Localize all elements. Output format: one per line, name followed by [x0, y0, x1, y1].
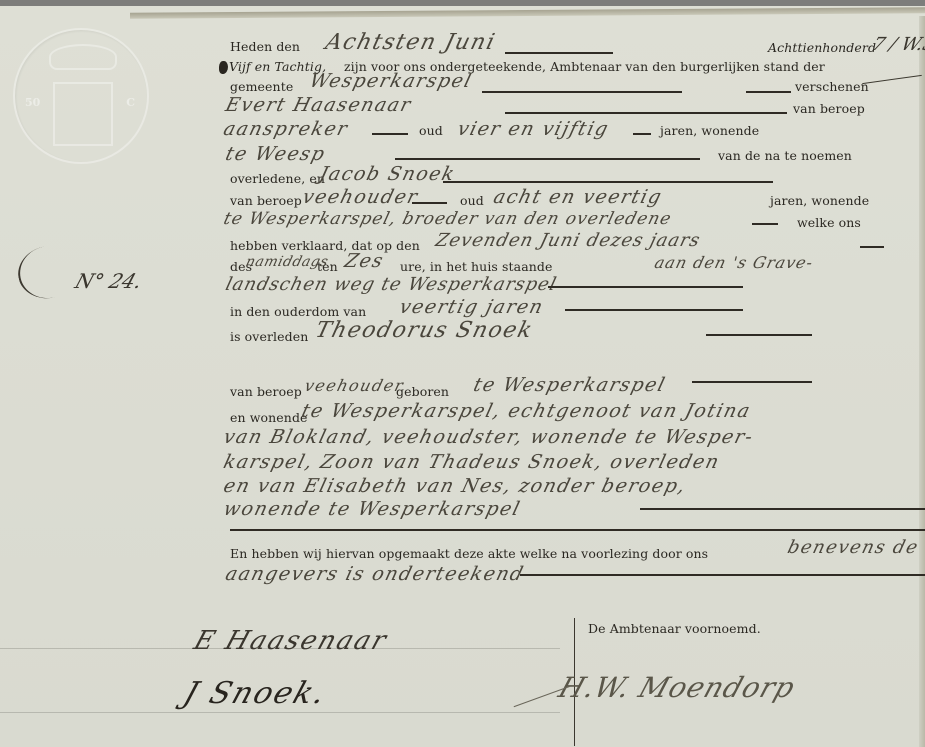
death-registration-date: Achtsten Juni	[323, 30, 498, 55]
fill-rule	[505, 112, 787, 114]
printed-verschenen: verschenen	[795, 79, 869, 94]
fill-rule	[520, 574, 925, 576]
faint-rule	[0, 712, 560, 713]
printed-gemeente: gemeente	[230, 79, 293, 94]
age-of-deceased: veertig jaren	[397, 296, 546, 318]
mother-details: en van Elisabeth van Nes, zonder beroep,	[221, 475, 688, 497]
printed-closing-formula: En hebben wij hiervan opgemaakt deze akt…	[230, 546, 708, 561]
act-number-bracket	[13, 240, 84, 304]
fill-rule	[443, 181, 773, 183]
printed-ten: ten	[317, 259, 338, 274]
date-of-death: Zevenden Juni dezes jaars	[433, 230, 702, 251]
closing-handwritten-2: aangevers is onderteekend	[223, 563, 526, 585]
deceased-residence-spouse: te Wesperkarspel, echtgenoot van Jotina	[299, 400, 753, 422]
printed-oud: oud	[419, 123, 443, 138]
fill-rule	[395, 158, 700, 160]
closing-handwritten-1: benevens de	[785, 537, 921, 558]
deceased-name: Theodorus Snoek	[313, 318, 536, 343]
printed-ouderdom: in den ouderdom van	[230, 304, 366, 319]
fill-rule	[640, 508, 925, 510]
declarant-1-age: vier en vijftig	[455, 118, 611, 140]
page-right-edge	[919, 16, 925, 747]
fill-rule	[548, 286, 743, 288]
printed-verklaard: hebben verklaard, dat op den	[230, 238, 420, 253]
declarant-1-signature: E Haasenaar	[190, 626, 392, 656]
hour-of-death: Zes	[342, 250, 386, 272]
deceased-occupation: veehouder	[303, 376, 407, 395]
fill-rule	[860, 246, 884, 248]
father-details: karspel, Zoon van Thadeus Snoek, overled…	[221, 451, 722, 473]
deceased-birthplace: te Wesperkarspel	[471, 374, 668, 396]
declarant-2-occupation: veehouder	[300, 186, 421, 208]
printed-year-part1: Achttienhonderd	[768, 40, 876, 55]
municipality: Wesperkarspel	[307, 70, 475, 92]
official-signature: H.W. Moendorp	[555, 671, 800, 704]
official-label: De Ambtenaar voornoemd.	[588, 621, 761, 636]
fill-rule	[706, 334, 812, 336]
declarant-1-occupation: aanspreker	[221, 118, 350, 140]
corner-annotation: 7 / W.S	[870, 34, 925, 55]
fill-rule	[692, 381, 812, 383]
declarant-2-signature: J Snoek.	[179, 676, 331, 711]
document-page: 50 C 7 / W.S N° 24. Heden den Achtsten J…	[0, 6, 925, 747]
page-top-edge	[130, 7, 925, 19]
declarant-1-residence: te Weesp	[223, 143, 328, 165]
printed-van-beroep: van beroep	[230, 193, 302, 208]
place-of-death-part2: landschen weg te Wesperkarspel	[223, 274, 559, 295]
fill-rule	[372, 133, 408, 135]
embossed-seal-icon: 50 C	[13, 28, 149, 164]
fill-rule	[505, 52, 613, 54]
fill-rule	[746, 91, 791, 93]
corner-annotation-underline	[862, 75, 922, 84]
crown-icon	[49, 44, 117, 70]
fill-rule	[412, 202, 447, 204]
printed-jaren-wonende: jaren, wonende	[660, 123, 759, 138]
ink-blot	[219, 61, 228, 74]
printed-oud: oud	[460, 193, 484, 208]
section-divider	[230, 529, 925, 531]
printed-van-beroep: van beroep	[230, 384, 302, 399]
shield-icon	[53, 82, 113, 146]
mother-residence: wonende te Wesperkarspel	[221, 498, 523, 520]
printed-van-beroep: van beroep	[793, 101, 865, 116]
declarant-2-name: Jacob Snoek	[317, 163, 458, 185]
fill-rule	[482, 91, 682, 93]
fill-rule	[752, 223, 778, 225]
declarant-1-name: Evert Haasenaar	[223, 94, 414, 116]
place-of-death-part1: aan den 's Grave-	[653, 253, 816, 272]
spouse-details: van Blokland, veehoudster, wonende te We…	[221, 426, 756, 448]
printed-is-overleden: is overleden	[230, 329, 308, 344]
printed-jaren-wonende: jaren, wonende	[770, 193, 869, 208]
seal-value-left: 50	[25, 96, 40, 109]
declarant-2-age: acht en veertig	[491, 186, 665, 208]
seal-value-right: C	[126, 96, 135, 109]
printed-overledene-en: overledene, en	[230, 171, 325, 186]
printed-na-te-noemen: van de na te noemen	[718, 148, 852, 163]
printed-en-wonende: en wonende	[230, 410, 308, 425]
declarant-2-residence-relation: te Wesperkarspel, broeder van den overle…	[222, 209, 674, 229]
printed-ure-huis: ure, in het huis staande	[400, 259, 553, 274]
printed-geboren: geboren	[396, 384, 449, 399]
fill-rule	[565, 309, 743, 311]
fill-rule	[633, 133, 651, 135]
printed-welke-ons: welke ons	[797, 215, 861, 230]
printed-heden-den: Heden den	[230, 39, 300, 54]
act-number: N° 24.	[72, 269, 145, 293]
